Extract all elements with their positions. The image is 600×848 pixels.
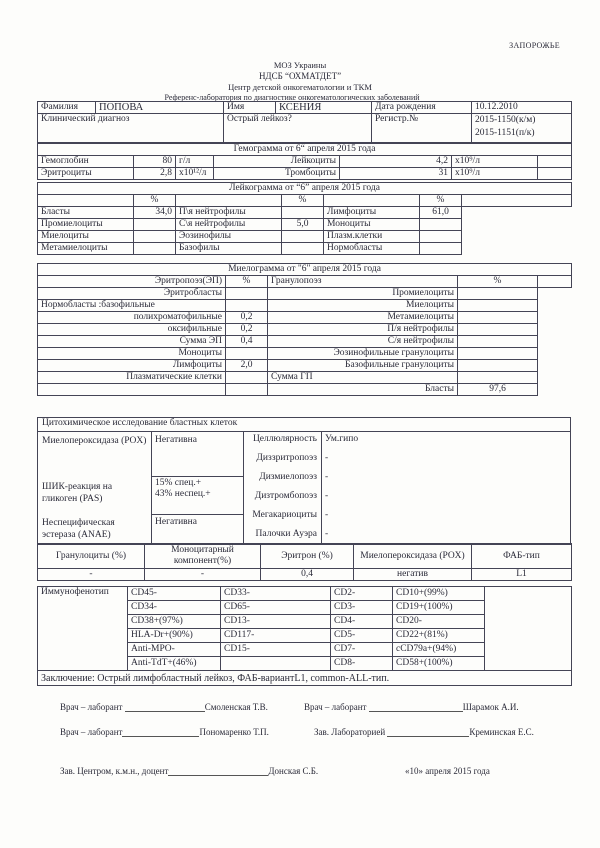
pct-header: % — [420, 195, 462, 207]
marker-cell: CD8- — [331, 657, 393, 671]
cytochem-label: Мегакариоциты — [252, 510, 317, 520]
cell-label: Эозинофилы — [176, 231, 282, 243]
cell-value — [458, 336, 538, 348]
hb-label: Гемоглобин — [38, 156, 134, 168]
summary-header: Моноцитарный компонент(%) — [145, 544, 261, 569]
leukogram-title: Лейкограмма от “6” апреля 2015 года — [38, 183, 572, 195]
anae-value: Негативна — [155, 517, 197, 527]
cell-label: П\я нейтрофилы — [176, 207, 282, 219]
cell-value: 34,0 — [134, 207, 176, 219]
cell-value — [226, 372, 268, 384]
cell-label: Базофилы — [176, 243, 282, 255]
cell-label: Бласты — [38, 207, 134, 219]
marker-cell: CD33- — [221, 587, 331, 601]
marker-cell: CD38+(97%) — [128, 615, 221, 629]
summary-header: Гранулоциты (%) — [38, 544, 145, 569]
cell-label — [38, 384, 226, 396]
cell-label: Метамиелоциты — [38, 243, 134, 255]
cell-value — [420, 231, 462, 243]
cell-value — [134, 231, 176, 243]
cytochem-label: Палочки Ауэра — [256, 529, 317, 539]
cell-label: Миелоциты — [268, 300, 458, 312]
cell-label: Бласты — [268, 384, 458, 396]
hemogram-table: Гемограмма от 6“ апреля 2015 года Гемогл… — [37, 143, 572, 180]
cell-label: Нормобласты :базофильные — [38, 300, 226, 312]
leukogram-row: МиелоцитыЭозинофилыПлазм.клетки — [38, 231, 572, 243]
pct-header: % — [226, 276, 268, 288]
cell-label: Эритробласты — [38, 288, 226, 300]
marker-cell: CD5- — [331, 629, 393, 643]
cell-label: Плазматические клетки — [38, 372, 226, 384]
cell-label: полихроматофильные — [38, 312, 226, 324]
marker-cell: cCD79a+(94%) — [393, 643, 485, 657]
cytochem-row: Дизмиелопоэз- — [243, 472, 569, 486]
cell-label: Нормобласты — [324, 243, 420, 255]
cytochem-row: Мегакариоциты- — [243, 510, 569, 524]
myelogram-title: Миелограмма от "6" апреля 2015 года — [38, 264, 572, 276]
cytochem-label: Диззритропоэз — [256, 453, 317, 463]
empty-cell — [485, 587, 572, 671]
marker-cell: Anti-TdT+(46%) — [128, 657, 221, 671]
cytochem-row: Палочки Ауэра- — [243, 529, 569, 543]
summary-header: ФАБ-тип — [472, 544, 572, 569]
diagnosis-label: Клинический диагноз — [38, 114, 224, 143]
plt-value: 31 — [340, 168, 452, 180]
summary-value: 0,4 — [261, 569, 354, 581]
myelogram-row: МоноцитыЭозинофильные гранулоциты — [38, 348, 572, 360]
cytochem-value: - — [325, 472, 328, 482]
marker-cell: CD10+(99%) — [393, 587, 485, 601]
cell-value — [226, 384, 268, 396]
cell-label: С\я нейтрофилы — [176, 219, 282, 231]
rbc-value: 2,8 — [134, 168, 176, 180]
header-ministry: МОЗ Украины — [0, 60, 600, 71]
cell-value — [458, 324, 538, 336]
marker-cell: CD4- — [331, 615, 393, 629]
cytochem-value: - — [325, 529, 328, 539]
cytochem-label: Дизтромбопоэз — [255, 491, 317, 501]
summary-value: негатив — [354, 569, 472, 581]
leukogram-row: МетамиелоцитыБазофилыНормобласты — [38, 243, 572, 255]
pox-value: Негативна — [155, 435, 197, 445]
hb-value: 80 — [134, 156, 176, 168]
cell-value — [458, 360, 538, 372]
pas-value: 15% спец.+ 43% неспец.+ — [155, 478, 211, 500]
cell-label: Сумма ГП — [268, 372, 458, 384]
cytochem-title: Цитохимическое исследование бластных кле… — [42, 418, 237, 428]
myelogram-row: Нормобласты :базофильныеМиелоциты — [38, 300, 572, 312]
cell-value: 0,2 — [226, 312, 268, 324]
marker-cell: CD13- — [221, 615, 331, 629]
cell-label: Базофильные гранулоциты — [268, 360, 458, 372]
patient-table: Фамилия ПОПОВА Имя КСЕНИЯ Дата рождения … — [37, 101, 572, 143]
marker-cell: CD7- — [331, 643, 393, 657]
cell-value — [458, 312, 538, 324]
cell-value — [134, 219, 176, 231]
cell-value — [134, 243, 176, 255]
myelogram-row: Бласты97,6 — [38, 384, 572, 396]
cytochem-row: Дизтромбопоэз- — [243, 491, 569, 505]
hemogram-title: Гемограмма от 6“ апреля 2015 года — [38, 144, 572, 156]
cell-label: Моноциты — [324, 219, 420, 231]
cell-label: Промиелоциты — [268, 288, 458, 300]
pas-label: ШИК-реакция на гликоген (PAS) — [42, 481, 147, 505]
header-hospital: НДСБ “ОХМАТДЕТ” — [0, 71, 600, 82]
cell-value — [226, 288, 268, 300]
immunophenotype-table: ИммунофенотипCD45-CD33-CD2-CD10+(99%)CD3… — [37, 586, 572, 686]
cell-value — [282, 231, 324, 243]
leukogram-row: Бласты34,0П\я нейтрофилыЛимфоциты61,0 — [38, 207, 572, 219]
cytochem-value: - — [325, 491, 328, 501]
signature-head: Зав. Центром, к.м.н., доцентДонская С.Б. — [60, 766, 318, 776]
marker-cell: CD19+(100%) — [393, 601, 485, 615]
marker-cell: CD3- — [331, 601, 393, 615]
cell-value: 0,4 — [226, 336, 268, 348]
cytochem-section: Цитохимическое исследование бластных кле… — [37, 417, 571, 545]
myelogram-row: оксифильные0,2П/я нейтрофилы — [38, 324, 572, 336]
marker-cell: Anti-MPO- — [128, 643, 221, 657]
pct-header: % — [458, 276, 538, 288]
signature-1: Врач – лаборант Смоленская Т.В. — [60, 702, 268, 712]
cytochem-label: Целлюлярность — [253, 434, 317, 444]
summary-header: Эритрон (%) — [261, 544, 354, 569]
myelogram-row: Сумма ЭП0,4С/я нейтрофилы — [38, 336, 572, 348]
cell-label: Метамиелоциты — [268, 312, 458, 324]
signature-4: Зав. Лабораторией Креминская Е.С. — [314, 727, 534, 737]
cytochem-row: ЦеллюлярностьУм.гипо — [243, 434, 569, 448]
cell-label: Эозинофильные гранулоциты — [268, 348, 458, 360]
summary-value: L1 — [472, 569, 572, 581]
surname-value: ПОПОВА — [96, 102, 224, 114]
reg-number-1: 2015-1150(к/м) — [475, 114, 568, 127]
hb-unit: г/л — [176, 156, 214, 168]
cell-value: 97,6 — [458, 384, 538, 396]
cell-label: оксифильные — [38, 324, 226, 336]
cell-value — [458, 372, 538, 384]
rbc-label: Эритроциты — [38, 168, 134, 180]
dob-label: Дата рождения — [372, 102, 472, 114]
rbc-unit: x10¹²/л — [176, 168, 214, 180]
cell-value — [420, 243, 462, 255]
myelogram-row: полихроматофильные0,2Метамиелоциты — [38, 312, 572, 324]
cell-value — [458, 300, 538, 312]
erythropoiesis-header: Эритропоэз(ЭП) — [38, 276, 226, 288]
cell-value — [282, 243, 324, 255]
cytochem-label: Дизмиелопоэз — [259, 472, 317, 482]
name-value: КСЕНИЯ — [276, 102, 372, 114]
summary-table: Гранулоциты (%)Моноцитарный компонент(%)… — [37, 543, 572, 581]
signature-line — [168, 775, 268, 776]
report-date: «10» апреля 2015 года — [405, 766, 490, 776]
myelogram-row: ЭритробластыПромиелоциты — [38, 288, 572, 300]
pox-label: Миелопероксидаза (POX) — [42, 435, 147, 447]
cell-label: Промиелоциты — [38, 219, 134, 231]
signature-3: Врач – лаборантПономаренко Т.П. — [60, 727, 269, 737]
cell-label: Миелоциты — [38, 231, 134, 243]
dob-value: 10.12.2010 — [472, 102, 572, 114]
cell-label: Лимфоциты — [38, 360, 226, 372]
marker-cell: CD65- — [221, 601, 331, 615]
cell-label: Лимфоциты — [324, 207, 420, 219]
name-label: Имя — [224, 102, 276, 114]
marker-cell — [221, 657, 331, 671]
city-label: ЗАПОРОЖЬЕ — [509, 41, 560, 50]
cell-value: 61,0 — [420, 207, 462, 219]
cell-label: Моноциты — [38, 348, 226, 360]
granulopoiesis-header: Гранулопоэз — [268, 276, 458, 288]
reg-numbers: 2015-1150(к/м) 2015-1151(п/к) — [472, 114, 572, 143]
marker-cell: CD20- — [393, 615, 485, 629]
wbc-label: Лейкоциты — [214, 156, 340, 168]
surname-label: Фамилия — [38, 102, 96, 114]
signature-line — [369, 711, 463, 712]
immuno-label: Иммунофенотип — [38, 587, 128, 671]
marker-cell: CD45- — [128, 587, 221, 601]
signature-line — [387, 736, 469, 737]
marker-cell: CD2- — [331, 587, 393, 601]
marker-cell: CD22+(81%) — [393, 629, 485, 643]
summary-header: Миелопероксидаза (POX) — [354, 544, 472, 569]
summary-value: - — [145, 569, 261, 581]
cell-value: 2,0 — [226, 360, 268, 372]
cell-label: Сумма ЭП — [38, 336, 226, 348]
wbc-value: 4,2 — [340, 156, 452, 168]
cell-value — [458, 288, 538, 300]
plt-label: Тромбоциты — [214, 168, 340, 180]
myelogram-row: Лимфоциты2,0Базофильные гранулоциты — [38, 360, 572, 372]
cell-value — [420, 219, 462, 231]
cell-label: Плазм.клетки — [324, 231, 420, 243]
marker-cell: CD15- — [221, 643, 331, 657]
cell-label: С/я нейтрофилы — [268, 336, 458, 348]
cell-value — [458, 348, 538, 360]
cytochem-value: - — [325, 510, 328, 520]
cell-value — [282, 207, 324, 219]
signature-line — [125, 711, 205, 712]
cell-value — [226, 348, 268, 360]
pct-header: % — [282, 195, 324, 207]
cell-label: П/я нейтрофилы — [268, 324, 458, 336]
plt-unit: x10⁹/л — [452, 168, 538, 180]
cytochem-row: Диззритропоэз- — [243, 453, 569, 467]
conclusion: Заключение: Острый лимфобластный лейкоз,… — [38, 671, 572, 686]
marker-cell: CD117- — [221, 629, 331, 643]
leukogram-row: ПромиелоцитыС\я нейтрофилы5,0Моноциты — [38, 219, 572, 231]
myelogram-row: Плазматические клеткиСумма ГП — [38, 372, 572, 384]
cell-value — [226, 300, 268, 312]
marker-cell: CD34- — [128, 601, 221, 615]
cytochem-value: Ум.гипо — [325, 434, 358, 444]
cytochem-value: - — [325, 453, 328, 463]
wbc-unit: x10⁹/л — [452, 156, 538, 168]
anae-label: Неспецифическая эстераза (ANAE) — [42, 517, 147, 541]
diagnosis-value: Острый лейкоз? — [224, 114, 372, 143]
leukogram-table: Лейкограмма от “6” апреля 2015 года % % … — [37, 182, 572, 255]
summary-value: - — [38, 569, 145, 581]
pct-header: % — [134, 195, 176, 207]
reg-number-2: 2015-1151(п/к) — [475, 127, 568, 140]
marker-cell: HLA-Dr+(90%) — [128, 629, 221, 643]
reg-label: Регистр.№ — [372, 114, 472, 143]
cell-value: 5,0 — [282, 219, 324, 231]
cell-value: 0,2 — [226, 324, 268, 336]
signature-line — [122, 736, 199, 737]
myelogram-table: Миелограмма от "6" апреля 2015 года Эрит… — [37, 263, 572, 396]
immuno-row: ИммунофенотипCD45-CD33-CD2-CD10+(99%) — [38, 587, 572, 601]
signature-2: Врач – лаборант Шарамок А.И. — [304, 702, 519, 712]
marker-cell: CD58+(100%) — [393, 657, 485, 671]
